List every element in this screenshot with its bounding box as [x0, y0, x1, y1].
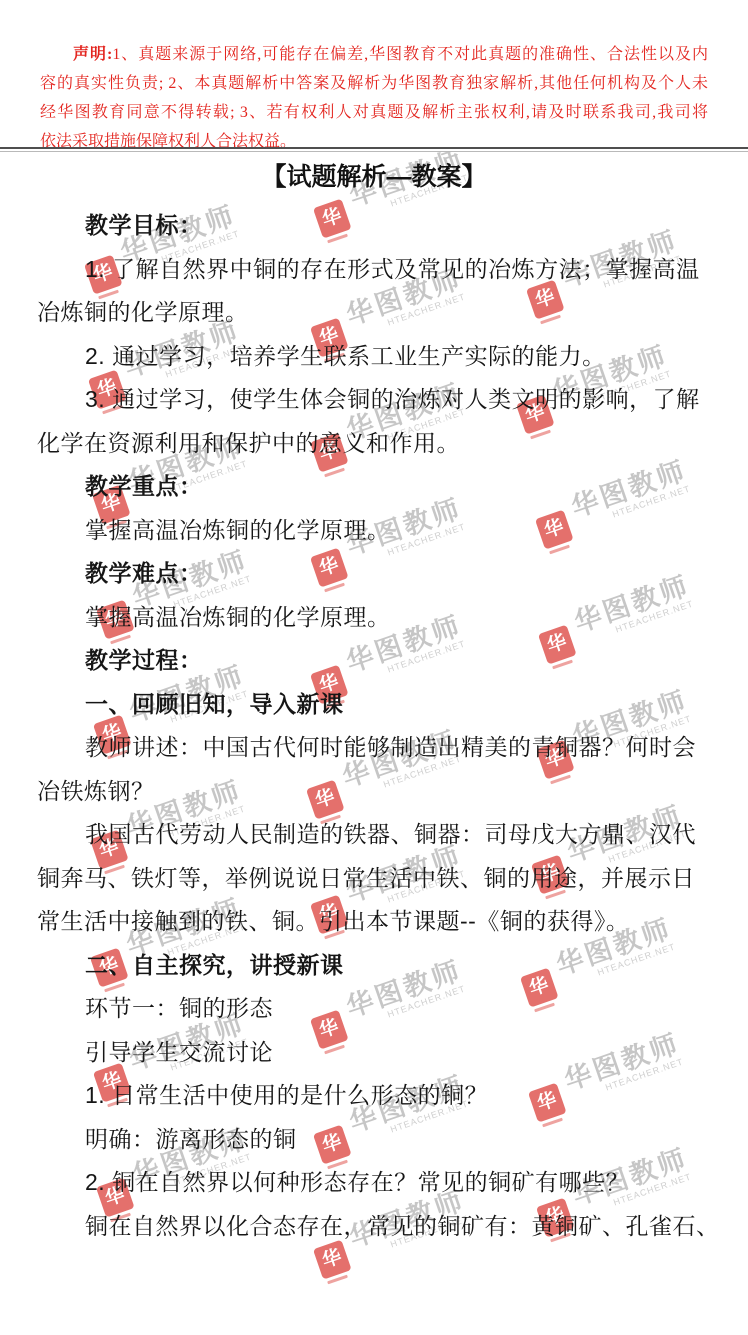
section-divider	[0, 147, 748, 152]
disclaimer-label: 声明:	[73, 46, 112, 63]
body-text-line: 化学在资源利用和保护中的意义和作用。	[37, 422, 727, 466]
body-text-line: 铜奔马、铁灯等，举例说说日常生活中铁、铜的用途，并展示日	[37, 857, 727, 901]
body-text-line: 2. 通过学习，培养学生联系工业生产实际的能力。	[37, 335, 727, 379]
body-text-line: 冶炼铜的化学原理。	[37, 291, 727, 335]
body-text-line: 掌握高温冶炼铜的化学原理。	[37, 509, 727, 553]
body-text-line: 常生活中接触到的铁、铜。引出本节课题--《铜的获得》。	[37, 900, 727, 944]
body-heading-line: 教学目标：	[37, 204, 727, 248]
body-heading-line: 教学重点：	[37, 465, 727, 509]
body-text-line: 1. 日常生活中使用的是什么形态的铜？	[37, 1074, 727, 1118]
disclaimer-paragraph: 声明:1、真题来源于网络,可能存在偏差,华图教育不对此真题的准确性、合法性以及内…	[40, 40, 708, 156]
document-body: 教学目标：1. 了解自然界中铜的存在形式及常见的冶炼方法；掌握高温冶炼铜的化学原…	[37, 204, 727, 1248]
body-text-line: 冶铁炼钢？	[37, 770, 727, 814]
body-text-line: 2. 铜在自然界以何种形态存在？常见的铜矿有哪些？	[37, 1161, 727, 1205]
body-heading-line: 一、回顾旧知，导入新课	[37, 683, 727, 727]
body-text-line: 环节一：铜的形态	[37, 987, 727, 1031]
body-heading-line: 教学难点：	[37, 552, 727, 596]
document-page: 华华图教师HTEACHER.NET华华图教师HTEACHER.NET华华图教师H…	[0, 0, 748, 1335]
body-text-line: 引导学生交流讨论	[37, 1031, 727, 1075]
disclaimer-line: 容的真实性负责; 2、本真题解析中答案及解析为华图教育独家解析,其他任何机构及个…	[40, 69, 708, 98]
body-heading-line: 教学过程：	[37, 639, 727, 683]
page-title: 【试题解析—教案】	[0, 157, 748, 193]
body-text-line: 铜在自然界以化合态存在，常见的铜矿有：黄铜矿、孔雀石、	[37, 1205, 727, 1249]
body-text-line: 1. 了解自然界中铜的存在形式及常见的冶炼方法；掌握高温	[37, 248, 727, 292]
body-heading-line: 二、自主探究，讲授新课	[37, 944, 727, 988]
body-text-line: 明确：游离形态的铜	[37, 1118, 727, 1162]
disclaimer-line: 经华图教育同意不得转载; 3、若有权利人对真题及解析主张权利,请及时联系我司,我…	[40, 98, 708, 127]
body-text-line: 3. 通过学习，使学生体会铜的治炼对人类文明的影响，了解	[37, 378, 727, 422]
document-content: 声明:1、真题来源于网络,可能存在偏差,华图教育不对此真题的准确性、合法性以及内…	[0, 0, 748, 1335]
body-text-line: 掌握高温冶炼铜的化学原理。	[37, 596, 727, 640]
disclaimer-line: 声明:1、真题来源于网络,可能存在偏差,华图教育不对此真题的准确性、合法性以及内	[40, 40, 708, 69]
body-text-line: 教师讲述：中国古代何时能够制造出精美的青铜器？何时会	[37, 726, 727, 770]
body-text-line: 我国古代劳动人民制造的铁器、铜器：司母戊大方鼎、汉代	[37, 813, 727, 857]
